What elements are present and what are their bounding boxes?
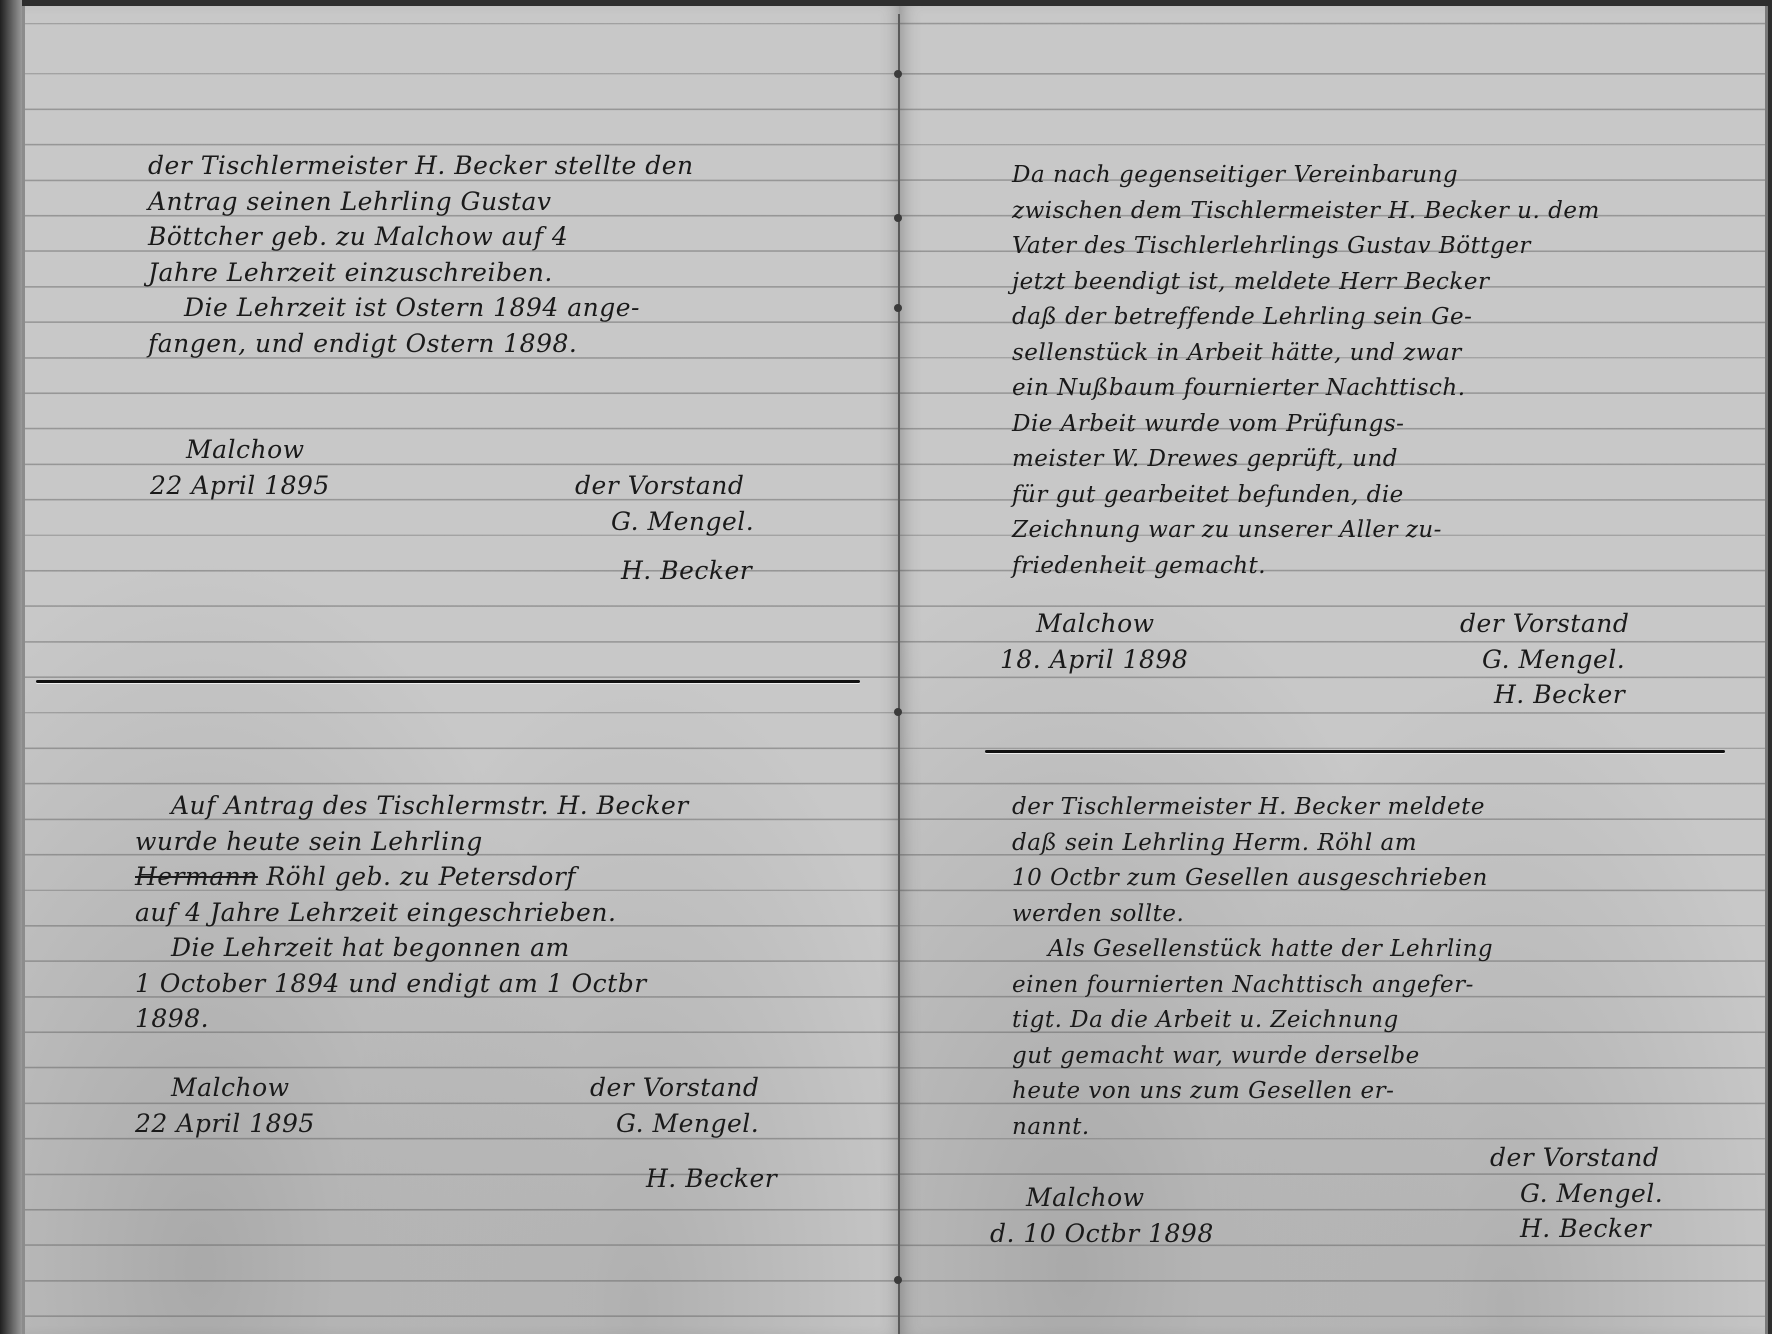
- binding-stitch: [894, 1276, 902, 1284]
- place: Malchow: [1000, 606, 1188, 642]
- signature-becker: H. Becker: [590, 1161, 777, 1197]
- book-cover-edge: [0, 0, 22, 1334]
- place: Malchow: [135, 1070, 315, 1106]
- text-line: ein Nußbaum fournierter Nachttisch.: [1012, 371, 1600, 407]
- open-register-book: der Tischlermeister H. Becker stellte de…: [0, 0, 1772, 1334]
- signature-mengel: G. Mengel.: [1460, 642, 1629, 678]
- signature-becker: H. Becker: [1460, 677, 1629, 713]
- text-line: Vater des Tischlerlehrlings Gustav Böttg…: [1012, 229, 1600, 265]
- text-line: werden sollte.: [1012, 897, 1493, 933]
- binding-stitch: [894, 70, 902, 78]
- entry-right-1-place-date: Malchow 18. April 1898: [1000, 606, 1188, 677]
- entry-left-2-signatures: der Vorstand G. Mengel. H. Becker: [590, 1070, 777, 1197]
- text-line: Zeichnung war zu unserer Aller zu-: [1012, 513, 1600, 549]
- text-line: heute von uns zum Gesellen er-: [1012, 1074, 1493, 1110]
- text-line: Da nach gegenseitiger Vereinbarung: [1012, 158, 1600, 194]
- entry-right-2-signatures: der Vorstand G. Mengel. H. Becker: [1490, 1140, 1663, 1247]
- signature-mengel: G. Mengel.: [590, 1106, 777, 1142]
- text-line: 1898.: [135, 1001, 689, 1037]
- text-line: 1 October 1894 und endigt am 1 Octbr: [135, 966, 689, 1002]
- text-line: Böttcher geb. zu Malchow auf 4: [148, 219, 694, 255]
- text-line: gut gemacht war, wurde derselbe: [1012, 1039, 1493, 1075]
- text-line: Antrag seinen Lehrling Gustav: [148, 184, 694, 220]
- text-line: der Tischlermeister H. Becker meldete: [1012, 790, 1493, 826]
- date: 18. April 1898: [1000, 642, 1188, 678]
- text-line: Die Lehrzeit hat begonnen am: [135, 930, 689, 966]
- text-line: friedenheit gemacht.: [1012, 549, 1600, 585]
- entry-right-2-body: der Tischlermeister H. Becker meldete da…: [1012, 790, 1493, 1145]
- entry-left-2-place-date: Malchow 22 April 1895: [135, 1070, 315, 1141]
- binding-stitch: [894, 708, 902, 716]
- signature-board: der Vorstand: [575, 468, 754, 504]
- text-line: Die Arbeit wurde vom Prüfungs-: [1012, 407, 1600, 443]
- signature-board: der Vorstand: [1460, 606, 1629, 642]
- text-line: jetzt beendigt ist, meldete Herr Becker: [1012, 265, 1600, 301]
- text-line: zwischen dem Tischlermeister H. Becker u…: [1012, 194, 1600, 230]
- text-line: Hermann Röhl geb. zu Petersdorf: [135, 859, 689, 895]
- text-line: wurde heute sein Lehrling: [135, 824, 689, 860]
- text-line: daß sein Lehrling Herm. Röhl am: [1012, 826, 1493, 862]
- text-line: daß der betreffende Lehrling sein Ge-: [1012, 300, 1600, 336]
- entry-left-1-signatures: der Vorstand G. Mengel. H. Becker: [575, 468, 754, 589]
- entry-divider: [985, 750, 1725, 753]
- entry-left-1-body: der Tischlermeister H. Becker stellte de…: [148, 148, 694, 361]
- date: 22 April 1895: [135, 1106, 315, 1142]
- text-line: fangen, und endigt Ostern 1898.: [148, 326, 694, 362]
- place: Malchow: [990, 1180, 1214, 1216]
- text-line: Auf Antrag des Tischlermstr. H. Becker: [135, 788, 689, 824]
- binding-stitch: [894, 304, 902, 312]
- signature-becker: H. Becker: [575, 553, 754, 589]
- text-line: sellenstück in Arbeit hätte, und zwar: [1012, 336, 1600, 372]
- signature-mengel: G. Mengel.: [1490, 1176, 1663, 1212]
- entry-right-1-body: Da nach gegenseitiger Vereinbarung zwisc…: [1012, 158, 1600, 584]
- text-line: einen fournierten Nachttisch angefer-: [1012, 968, 1493, 1004]
- text-line: tigt. Da die Arbeit u. Zeichnung: [1012, 1003, 1493, 1039]
- date: d. 10 Octbr 1898: [990, 1216, 1214, 1252]
- text-line: nannt.: [1012, 1110, 1493, 1146]
- entry-right-2-place-date: Malchow d. 10 Octbr 1898: [990, 1180, 1214, 1251]
- place: Malchow: [150, 432, 330, 468]
- text-line: auf 4 Jahre Lehrzeit eingeschrieben.: [135, 895, 689, 931]
- signature-mengel: G. Mengel.: [575, 504, 754, 540]
- text-line: Jahre Lehrzeit einzuschreiben.: [148, 255, 694, 291]
- text-line: 10 Octbr zum Gesellen ausgeschrieben: [1012, 861, 1493, 897]
- signature-board: der Vorstand: [1490, 1140, 1663, 1176]
- text-line: Als Gesellenstück hatte der Lehrling: [1012, 932, 1493, 968]
- entry-right-1-signatures: der Vorstand G. Mengel. H. Becker: [1460, 606, 1629, 713]
- signature-board: der Vorstand: [590, 1070, 777, 1106]
- text-line: der Tischlermeister H. Becker stellte de…: [148, 148, 694, 184]
- entry-left-1-place-date: Malchow 22 April 1895: [150, 432, 330, 503]
- entry-divider: [36, 680, 860, 683]
- text-line: Die Lehrzeit ist Ostern 1894 ange-: [148, 290, 694, 326]
- text-line: meister W. Drewes geprüft, und: [1012, 442, 1600, 478]
- signature-becker: H. Becker: [1490, 1211, 1663, 1247]
- entry-left-2-body: Auf Antrag des Tischlermstr. H. Becker w…: [135, 788, 689, 1037]
- binding-stitch: [894, 214, 902, 222]
- date: 22 April 1895: [150, 468, 330, 504]
- text-line: für gut gearbeitet befunden, die: [1012, 478, 1600, 514]
- book-gutter: [898, 14, 900, 1334]
